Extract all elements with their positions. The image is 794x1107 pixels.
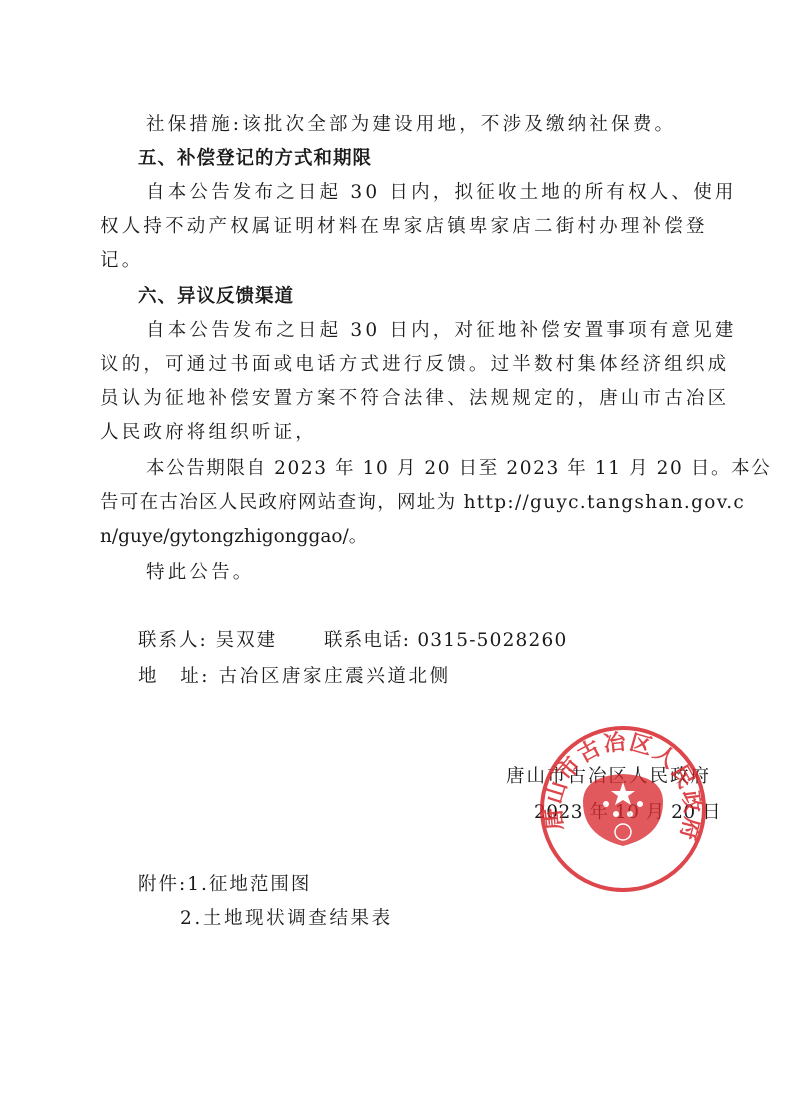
attachment-2[interactable]: 2.土地现状调查结果表 (180, 906, 393, 932)
section-6-text-line-2: 议的，可通过书面或电话方式进行反馈。过半数村集体经济组织成 (100, 352, 729, 378)
section-6-text-line-1: 自本公告发布之日起 30 日内，对征地补偿安置事项有意见建 (146, 318, 737, 344)
national-emblem-icon (583, 774, 663, 846)
section-5-heading: 五、补偿登记的方式和期限 (138, 146, 372, 172)
social-security-paragraph: 社保措施:该批次全部为建设用地，不涉及缴纳社保费。 (146, 112, 676, 138)
notice-period-line-2[interactable]: 告可在古冶区人民政府网站查询，网址为 http://guyc.tangshan.… (100, 490, 745, 516)
closing-statement: 特此公告。 (146, 560, 255, 586)
section-5-text-line-2: 权人持不动产权属证明材料在卑家店镇卑家店二街村办理补偿登 (100, 214, 708, 240)
notice-url-continued[interactable]: n/guye/gytongzhigonggao/。 (100, 524, 367, 550)
official-seal: 唐山市古冶区人民政府 (538, 724, 708, 894)
contact-address: 地 址: 古冶区唐家庄震兴道北侧 (138, 664, 451, 690)
section-6-text-line-3: 员认为征地补偿安置方案不符合法律、法规规定的，唐山市古冶区 (100, 386, 729, 412)
section-6-heading: 六、异议反馈渠道 (138, 284, 294, 310)
contact-phone: 联系电话: 0315-5028260 (324, 628, 567, 654)
section-6-text-line-4: 人民政府将组织听证， (100, 420, 317, 446)
notice-period-line-1: 本公告期限自 2023 年 10 月 20 日至 2023 年 11 月 20 … (146, 456, 771, 482)
section-5-text-line-1: 自本公告发布之日起 30 日内，拟征收土地的所有权人、使用 (146, 180, 737, 206)
contact-person: 联系人: 吴双建 (138, 628, 277, 654)
attachment-1[interactable]: 附件:1.征地范围图 (138, 872, 311, 898)
section-5-text-line-3: 记。 (100, 248, 143, 274)
